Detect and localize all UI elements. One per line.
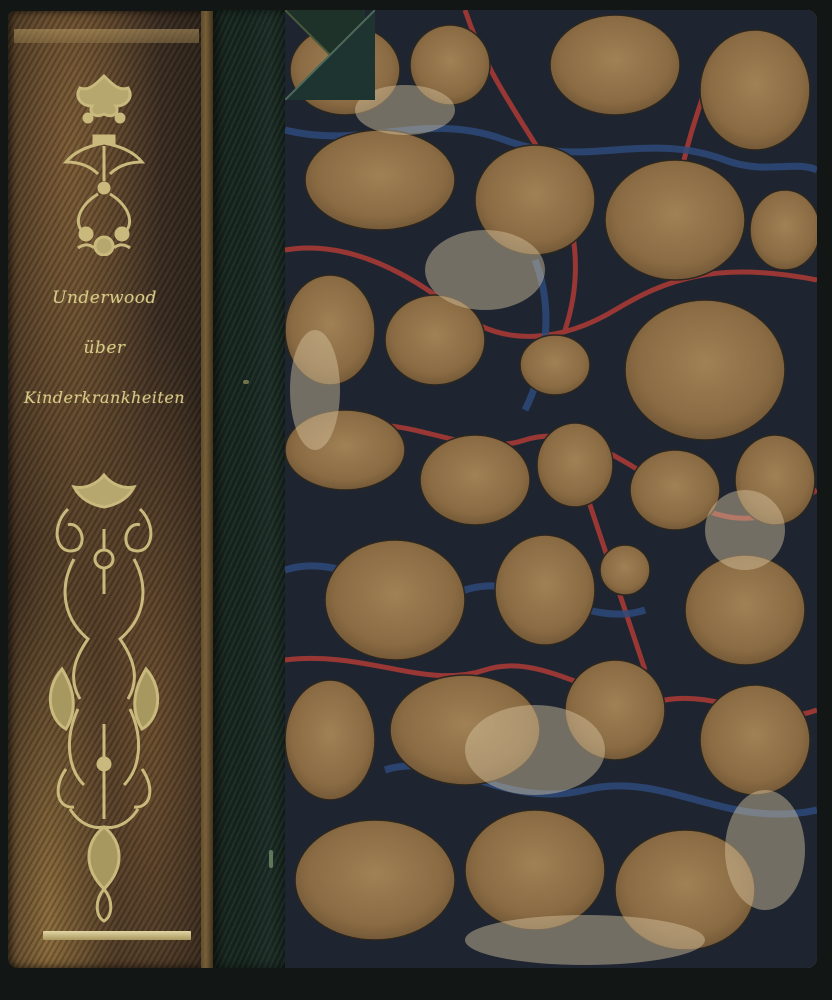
spine-top-band — [14, 29, 199, 43]
book-spine: Underwood über Kinderkrankheiten — [8, 11, 213, 968]
joint-wear-mark — [243, 380, 249, 384]
joint-wear-mark — [269, 850, 273, 868]
spine-bottom-band — [43, 931, 191, 940]
spine-title-preposition: über — [8, 338, 201, 358]
spine-title-subject: Kinderkrankheiten — [8, 388, 201, 407]
fleuron-top-ornament-icon — [8, 66, 201, 256]
marbled-paper-pattern — [285, 10, 817, 968]
scrollwork-bottom-ornament-icon — [8, 469, 201, 929]
bottom-right-leather-corner — [285, 10, 375, 100]
marbled-front-board — [285, 10, 817, 968]
spine-title-author: Underwood — [8, 288, 201, 308]
book: Underwood über Kinderkrankheiten — [8, 8, 820, 970]
spine-edge — [201, 11, 213, 968]
green-leather-joint — [213, 10, 285, 968]
